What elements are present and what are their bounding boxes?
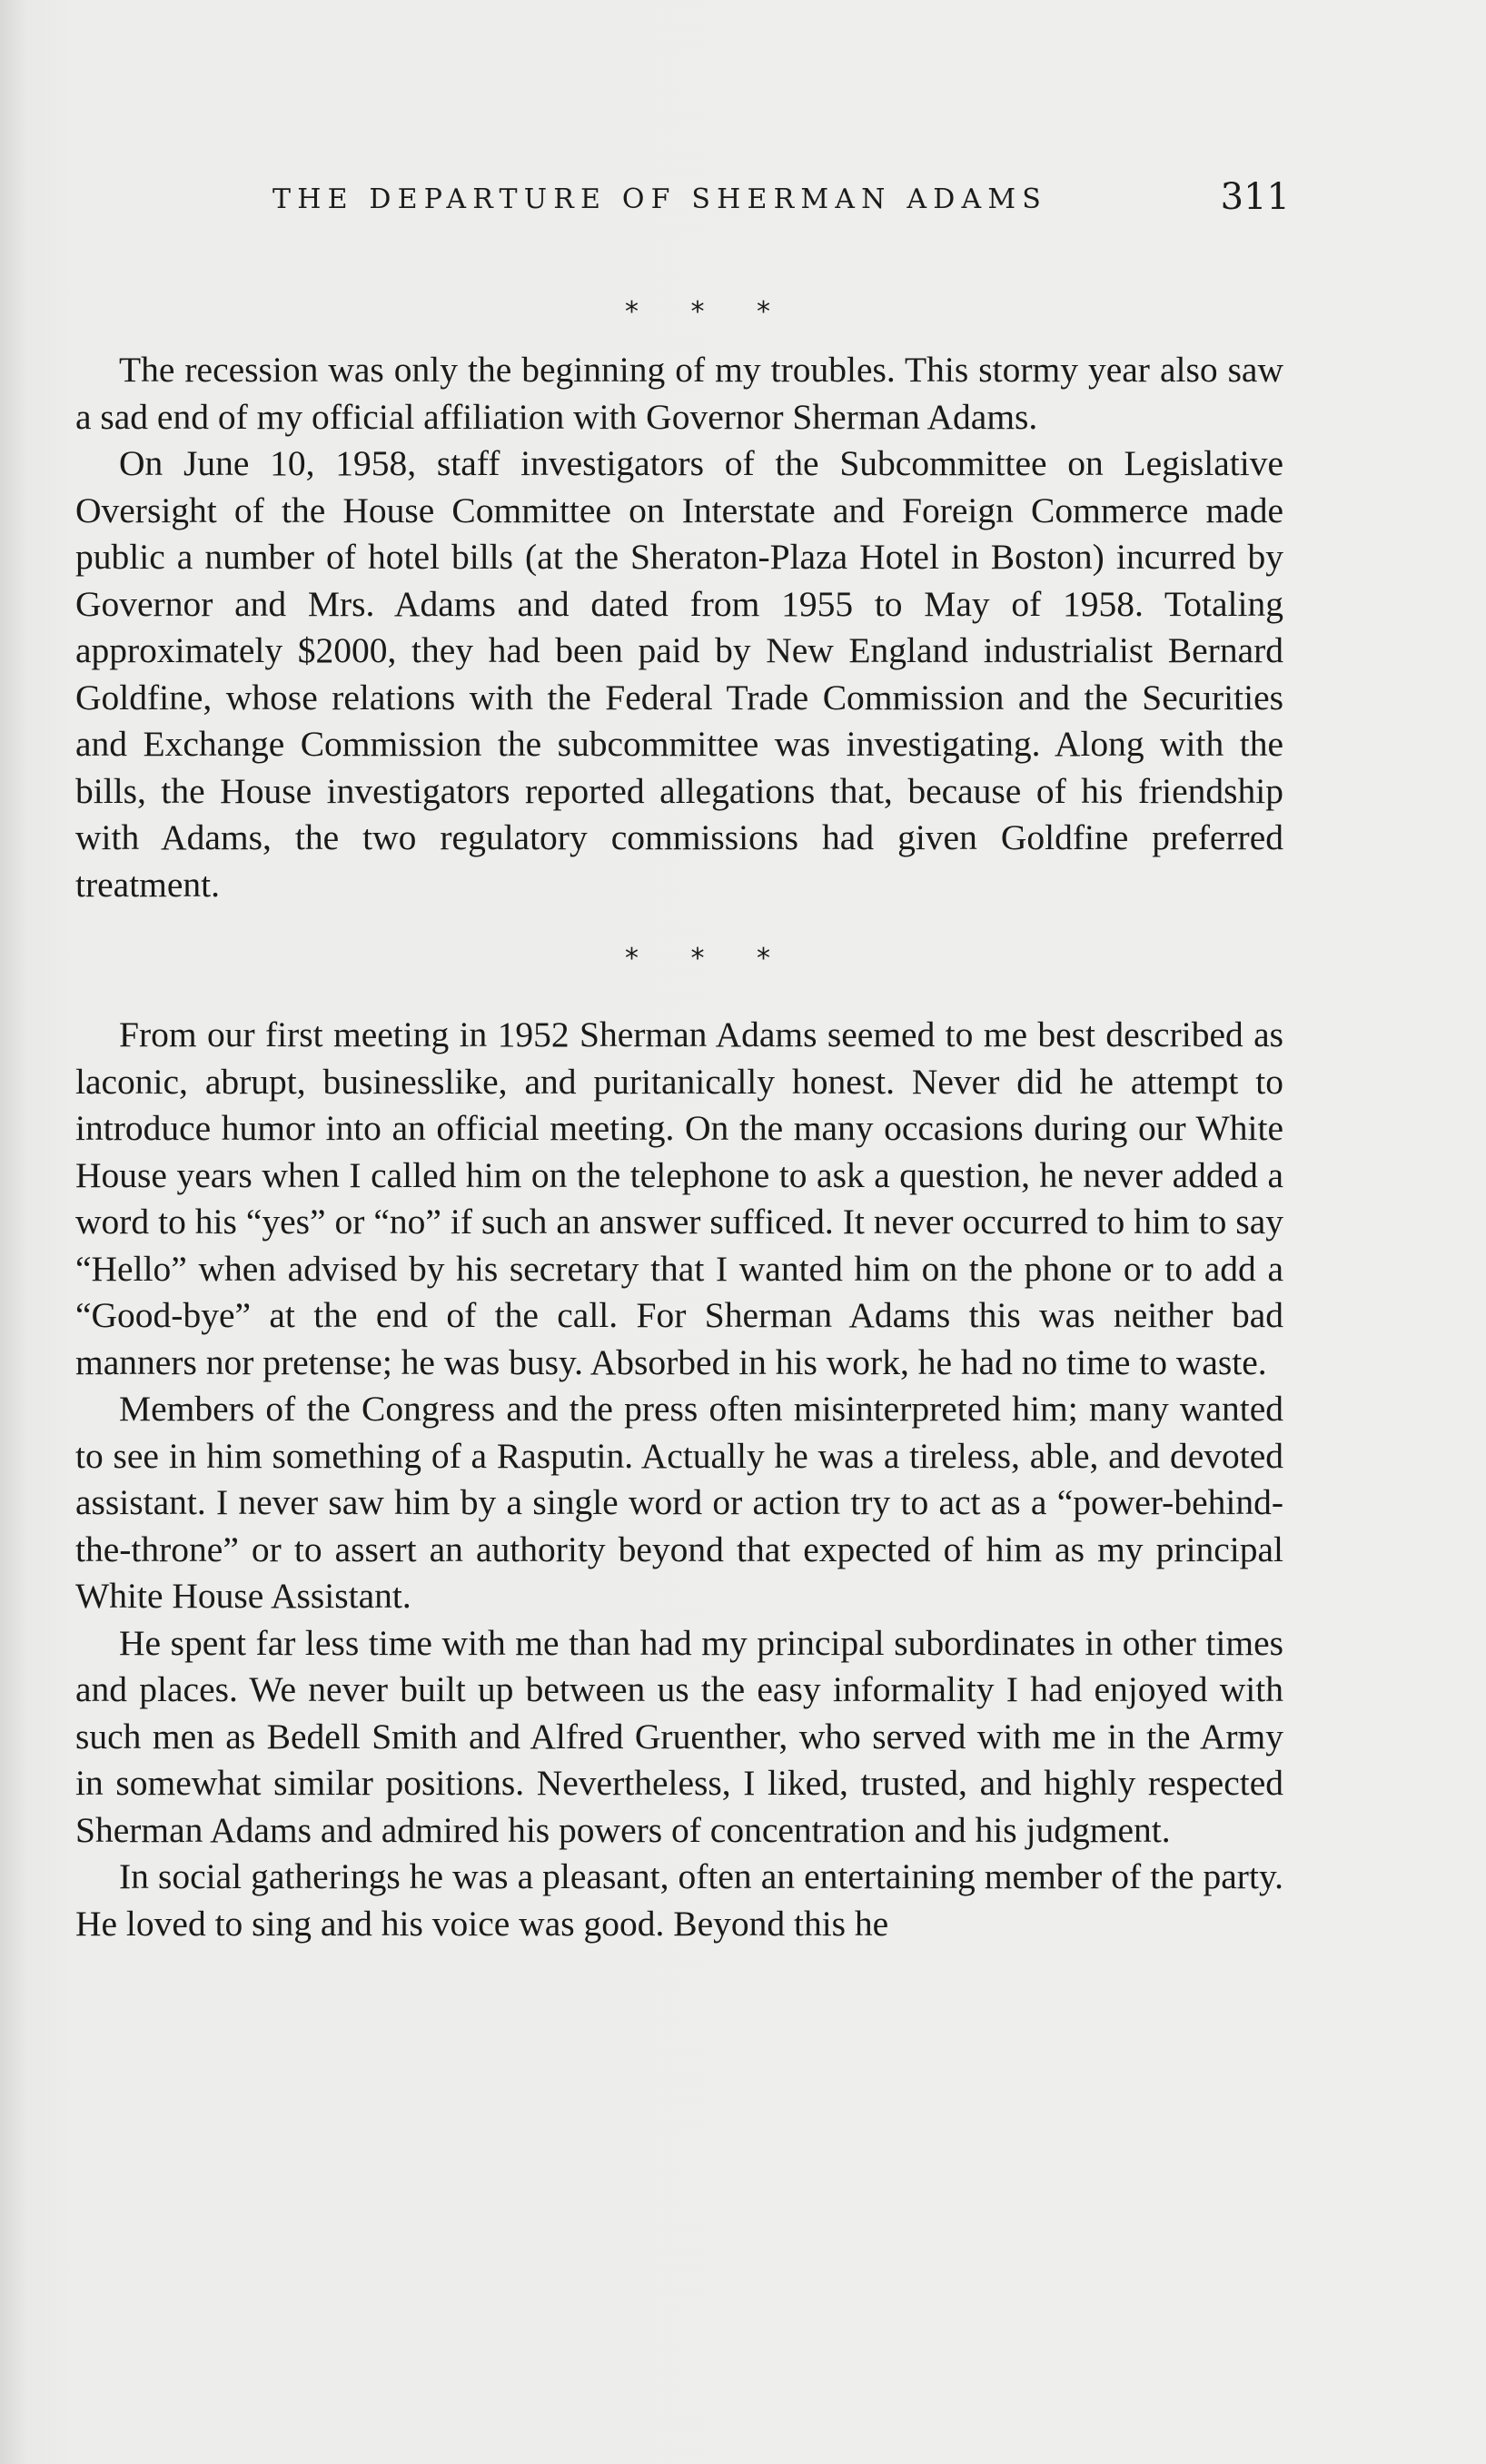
paragraph: Members of the Congress and the press of…: [75, 1386, 1283, 1620]
page-number: 311: [1221, 176, 1290, 218]
running-head: THE DEPARTURE OF SHERMAN ADAMS 311: [272, 180, 1290, 225]
book-page: THE DEPARTURE OF SHERMAN ADAMS 311 * * *…: [0, 0, 1486, 2464]
paragraph: He spent far less time with me than had …: [75, 1620, 1283, 1855]
paragraph: The recession was only the beginning of …: [75, 347, 1283, 440]
body-text: * * * The recession was only the beginni…: [75, 278, 1283, 1947]
section-break-asterism: * * *: [75, 914, 1283, 1012]
chapter-running-title: THE DEPARTURE OF SHERMAN ADAMS: [272, 183, 1047, 215]
paragraph: On June 10, 1958, staff investigators of…: [75, 440, 1283, 908]
paragraph: In social gatherings he was a pleasant, …: [75, 1854, 1283, 1947]
paragraph: From our first meeting in 1952 Sherman A…: [75, 1012, 1283, 1386]
section-break-asterism: * * *: [75, 278, 1283, 347]
